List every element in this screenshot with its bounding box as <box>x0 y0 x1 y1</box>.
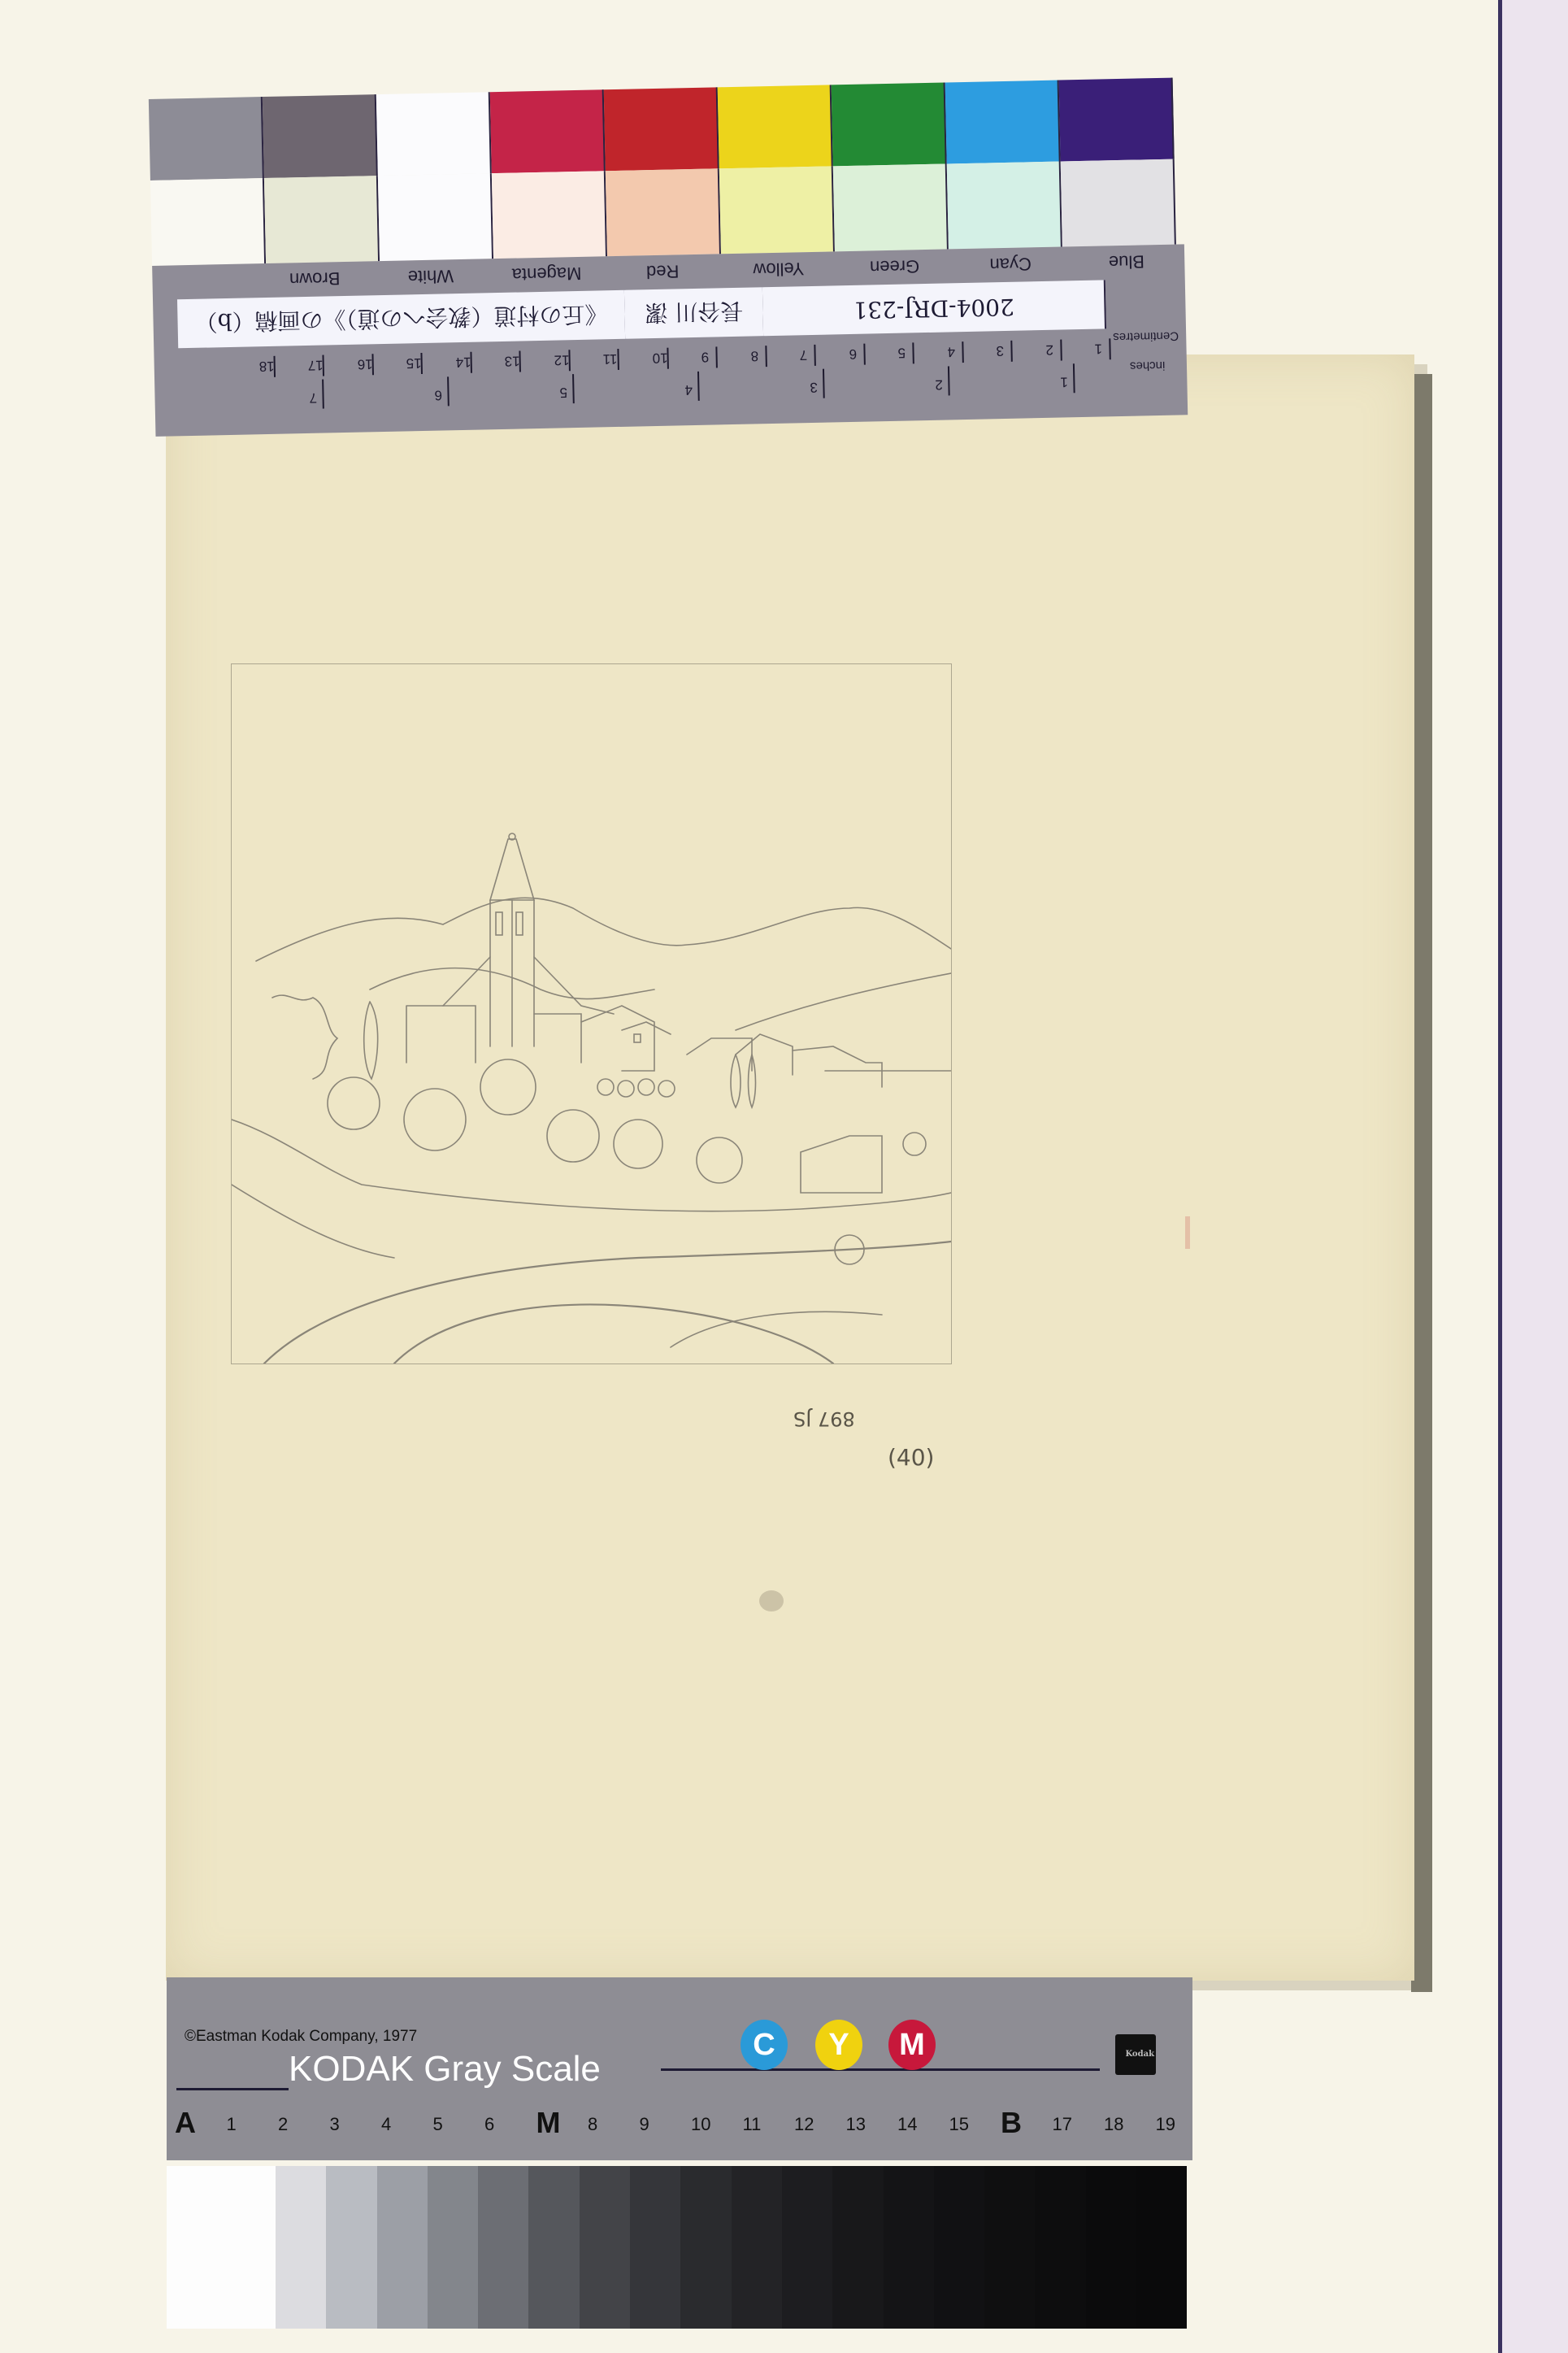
cm-tick-label: 14 <box>455 354 471 370</box>
gray-step <box>1136 2166 1187 2329</box>
color-name: Cyan <box>953 246 1070 281</box>
yellow-dot-icon: Y <box>815 2020 862 2070</box>
inch-tick <box>697 372 700 401</box>
patch-yellow <box>718 85 833 168</box>
gray-step <box>984 2166 1035 2329</box>
gray-step <box>528 2166 579 2329</box>
tracing-paper: 897 JS (40) <box>166 354 1414 1981</box>
gray-step <box>428 2166 478 2329</box>
inch-tick <box>823 369 825 398</box>
step-label: 8 <box>588 2114 597 2135</box>
cm-tick-label: 3 <box>996 342 1004 359</box>
patch-tint <box>492 171 607 259</box>
cm-tick-label: 12 <box>554 351 569 368</box>
step-labels: A123456M89101112131415B171819 <box>175 2114 1191 2155</box>
kodak-logo-icon: Kodak <box>1115 2034 1156 2075</box>
cm-tick <box>617 349 619 370</box>
step-label: 5 <box>433 2114 443 2135</box>
patch-magenta <box>490 89 606 173</box>
cm-tick <box>814 345 816 366</box>
cm-tick <box>912 342 914 363</box>
step-label: 15 <box>949 2114 969 2135</box>
step-label: 11 <box>743 2114 762 2135</box>
step-label: A <box>175 2106 196 2140</box>
patch-blue <box>1059 78 1175 162</box>
artwork-title-label: 《丘の村道（教会への道）》の画稿（b） <box>177 290 627 349</box>
step-label: 14 <box>897 2114 917 2135</box>
cm-tick-label: 2 <box>1045 341 1053 358</box>
step-label: 6 <box>484 2114 494 2135</box>
gray-step <box>478 2166 528 2329</box>
step-label: 3 <box>330 2114 340 2135</box>
inch-tick <box>572 374 575 403</box>
inch-tick <box>322 380 324 409</box>
handwritten-note-number: (40) <box>888 1444 934 1471</box>
gray-step <box>832 2166 883 2329</box>
inch-tick-label: 5 <box>559 384 567 400</box>
handwritten-note-catalog: 897 JS <box>793 1407 855 1430</box>
cm-tick-label: 15 <box>406 354 421 371</box>
gray-step <box>326 2166 376 2329</box>
cm-tick <box>715 346 718 368</box>
patch-tint <box>1061 159 1176 247</box>
color-name: Blue <box>1068 244 1185 279</box>
patch-tint <box>150 178 266 266</box>
patch-tint <box>606 168 721 256</box>
patch-gray <box>149 97 264 180</box>
gray-scale-title: KODAK Gray Scale <box>289 2049 601 2090</box>
kodak-gray-scale: ©Eastman Kodak Company, 1977 KODAK Gray … <box>167 1977 1192 2353</box>
gray-scale-header: ©Eastman Kodak Company, 1977 KODAK Gray … <box>167 1977 1192 2160</box>
gray-step <box>167 2166 276 2329</box>
inch-tick-label: 7 <box>309 389 317 406</box>
step-label: 18 <box>1104 2114 1123 2135</box>
cm-tick-label: 16 <box>357 355 372 372</box>
patch-tint <box>378 173 493 261</box>
patch-red <box>604 87 719 171</box>
centimetres-label: Centimetres <box>1113 329 1179 345</box>
magenta-dot-icon: M <box>888 2020 936 2070</box>
cm-tick <box>863 344 866 365</box>
patch-tint <box>947 162 1062 250</box>
cm-tick <box>962 341 964 363</box>
patch-brown <box>263 94 378 178</box>
backboard <box>1502 0 1568 2353</box>
inch-tick-label: 1 <box>1060 373 1068 389</box>
color-name: Yellow <box>720 251 837 286</box>
title-underline-right <box>661 2068 1100 2071</box>
cm-tick-label: 1 <box>1094 340 1102 356</box>
title-underline-left <box>176 2088 289 2090</box>
cm-tick-label: 8 <box>750 347 758 363</box>
paper-stain <box>759 1590 784 1611</box>
inch-tick <box>1073 363 1075 393</box>
gray-step <box>680 2166 731 2329</box>
patch-tint <box>264 176 380 263</box>
gray-step <box>580 2166 630 2329</box>
color-name: White <box>372 259 489 294</box>
chart-label-band: Blue Cyan Green Yellow Red Magenta White… <box>152 244 1188 437</box>
step-label: 17 <box>1053 2114 1072 2135</box>
patch-tint <box>833 163 949 251</box>
inches-label: inches <box>1130 359 1166 373</box>
gray-steps <box>167 2166 1192 2329</box>
cm-tick-label: 4 <box>947 343 955 359</box>
color-name: Green <box>836 249 953 284</box>
color-name: Magenta <box>489 256 606 291</box>
patch-tint <box>719 166 835 254</box>
step-label: 2 <box>278 2114 288 2135</box>
cm-tick <box>1109 338 1111 359</box>
gray-step <box>884 2166 934 2329</box>
step-label: 10 <box>691 2114 710 2135</box>
inch-tick <box>447 376 450 406</box>
cm-tick-label: 7 <box>799 346 807 363</box>
inch-tick-label: 6 <box>434 387 442 403</box>
copyright-text: ©Eastman Kodak Company, 1977 <box>185 2028 417 2046</box>
cyan-dot-icon: C <box>741 2020 788 2070</box>
artist-label: 長谷川 潔 <box>624 287 765 339</box>
patch-green <box>832 82 947 166</box>
gray-step <box>1035 2166 1085 2329</box>
gray-step <box>782 2166 832 2329</box>
cm-tick-label: 11 <box>602 350 617 367</box>
color-name: Red <box>604 254 721 289</box>
color-control-chart: Blue Cyan Green Yellow Red Magenta White… <box>148 45 1188 408</box>
cm-tick-label: 17 <box>308 357 324 373</box>
cm-tick-label: 18 <box>258 358 274 374</box>
patch-white <box>376 92 492 176</box>
gray-step <box>732 2166 782 2329</box>
inch-tick-label: 3 <box>810 379 818 395</box>
pencil-sketch <box>231 663 952 1364</box>
inch-tick-label: 4 <box>684 381 693 398</box>
cm-tick <box>1060 340 1062 361</box>
cm-tick-label: 13 <box>504 352 519 368</box>
cm-tick <box>1010 341 1013 362</box>
step-label: B <box>1001 2106 1022 2140</box>
inch-tick-label: 2 <box>935 376 943 393</box>
gray-step <box>1086 2166 1136 2329</box>
step-label: 4 <box>381 2114 391 2135</box>
red-mark <box>1185 1216 1190 1249</box>
sketch-drawing <box>232 664 951 1364</box>
cm-tick-label: 6 <box>849 346 857 362</box>
inch-tick <box>948 366 950 395</box>
accession-id-label: 2004-DRJ-231 <box>762 280 1106 336</box>
cm-tick-label: 9 <box>701 349 709 365</box>
step-label: 9 <box>640 2114 649 2135</box>
cm-tick-label: 5 <box>897 345 906 361</box>
step-label: 13 <box>846 2114 866 2135</box>
color-name: Brown <box>256 261 373 296</box>
gray-step <box>276 2166 326 2329</box>
patch-cyan <box>945 80 1061 164</box>
gray-step <box>934 2166 984 2329</box>
step-label: M <box>536 2106 561 2140</box>
cm-tick-label: 10 <box>652 350 667 366</box>
step-label: 1 <box>227 2114 237 2135</box>
gray-step <box>377 2166 428 2329</box>
cm-tick <box>765 346 767 367</box>
step-label: 12 <box>794 2114 814 2135</box>
step-label: 19 <box>1156 2114 1175 2135</box>
gray-step <box>630 2166 680 2329</box>
